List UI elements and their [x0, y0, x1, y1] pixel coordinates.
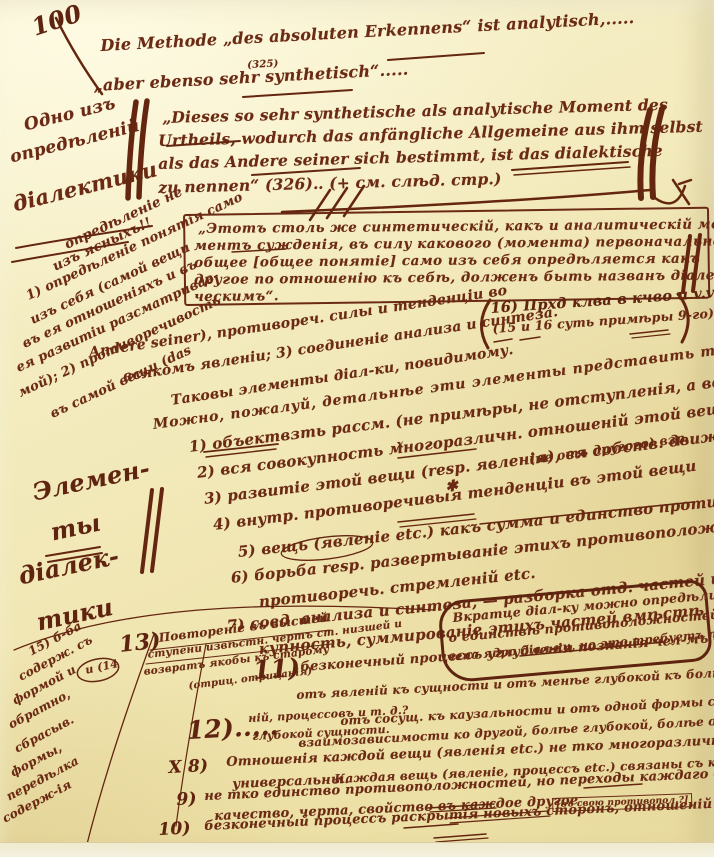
underline-dialektische-2	[514, 167, 630, 175]
scan-edge-strip	[0, 842, 714, 857]
margin-elements-line-3: діалек-	[16, 541, 122, 591]
note-14-circled-mark: и (14	[84, 657, 119, 677]
underline-novyh-1	[434, 834, 486, 838]
opening-quote-line-1: Die Methode „des absoluten Erkennens“ is…	[100, 8, 635, 55]
margin-elements-line-2: ты	[48, 508, 103, 547]
item-11-number: 11)	[252, 653, 301, 685]
list-margin-bar-2	[152, 489, 162, 571]
closing-flourish-mark	[655, 180, 691, 204]
underline-9go-1	[630, 330, 668, 334]
item-9-number: 9)	[176, 789, 197, 810]
manuscript-page: 100 Die Methode „des absoluten Erkennens…	[0, 0, 714, 857]
item-8-number: X 8)	[168, 756, 209, 778]
margin-elements-line-1: Элемен-	[30, 453, 152, 506]
item-12-number: 12).....	[186, 711, 279, 745]
underline-16	[520, 337, 540, 340]
german-quote-line-4: zu nennen“ (326)‥ (+ см. слѣд. стр.)	[158, 169, 502, 197]
underline-9go-2	[632, 334, 670, 338]
underline-synthetisch	[243, 90, 352, 97]
list-margin-bar-1	[142, 490, 152, 572]
page-number: 100	[28, 0, 85, 42]
item-10-number: 10)	[158, 818, 191, 840]
